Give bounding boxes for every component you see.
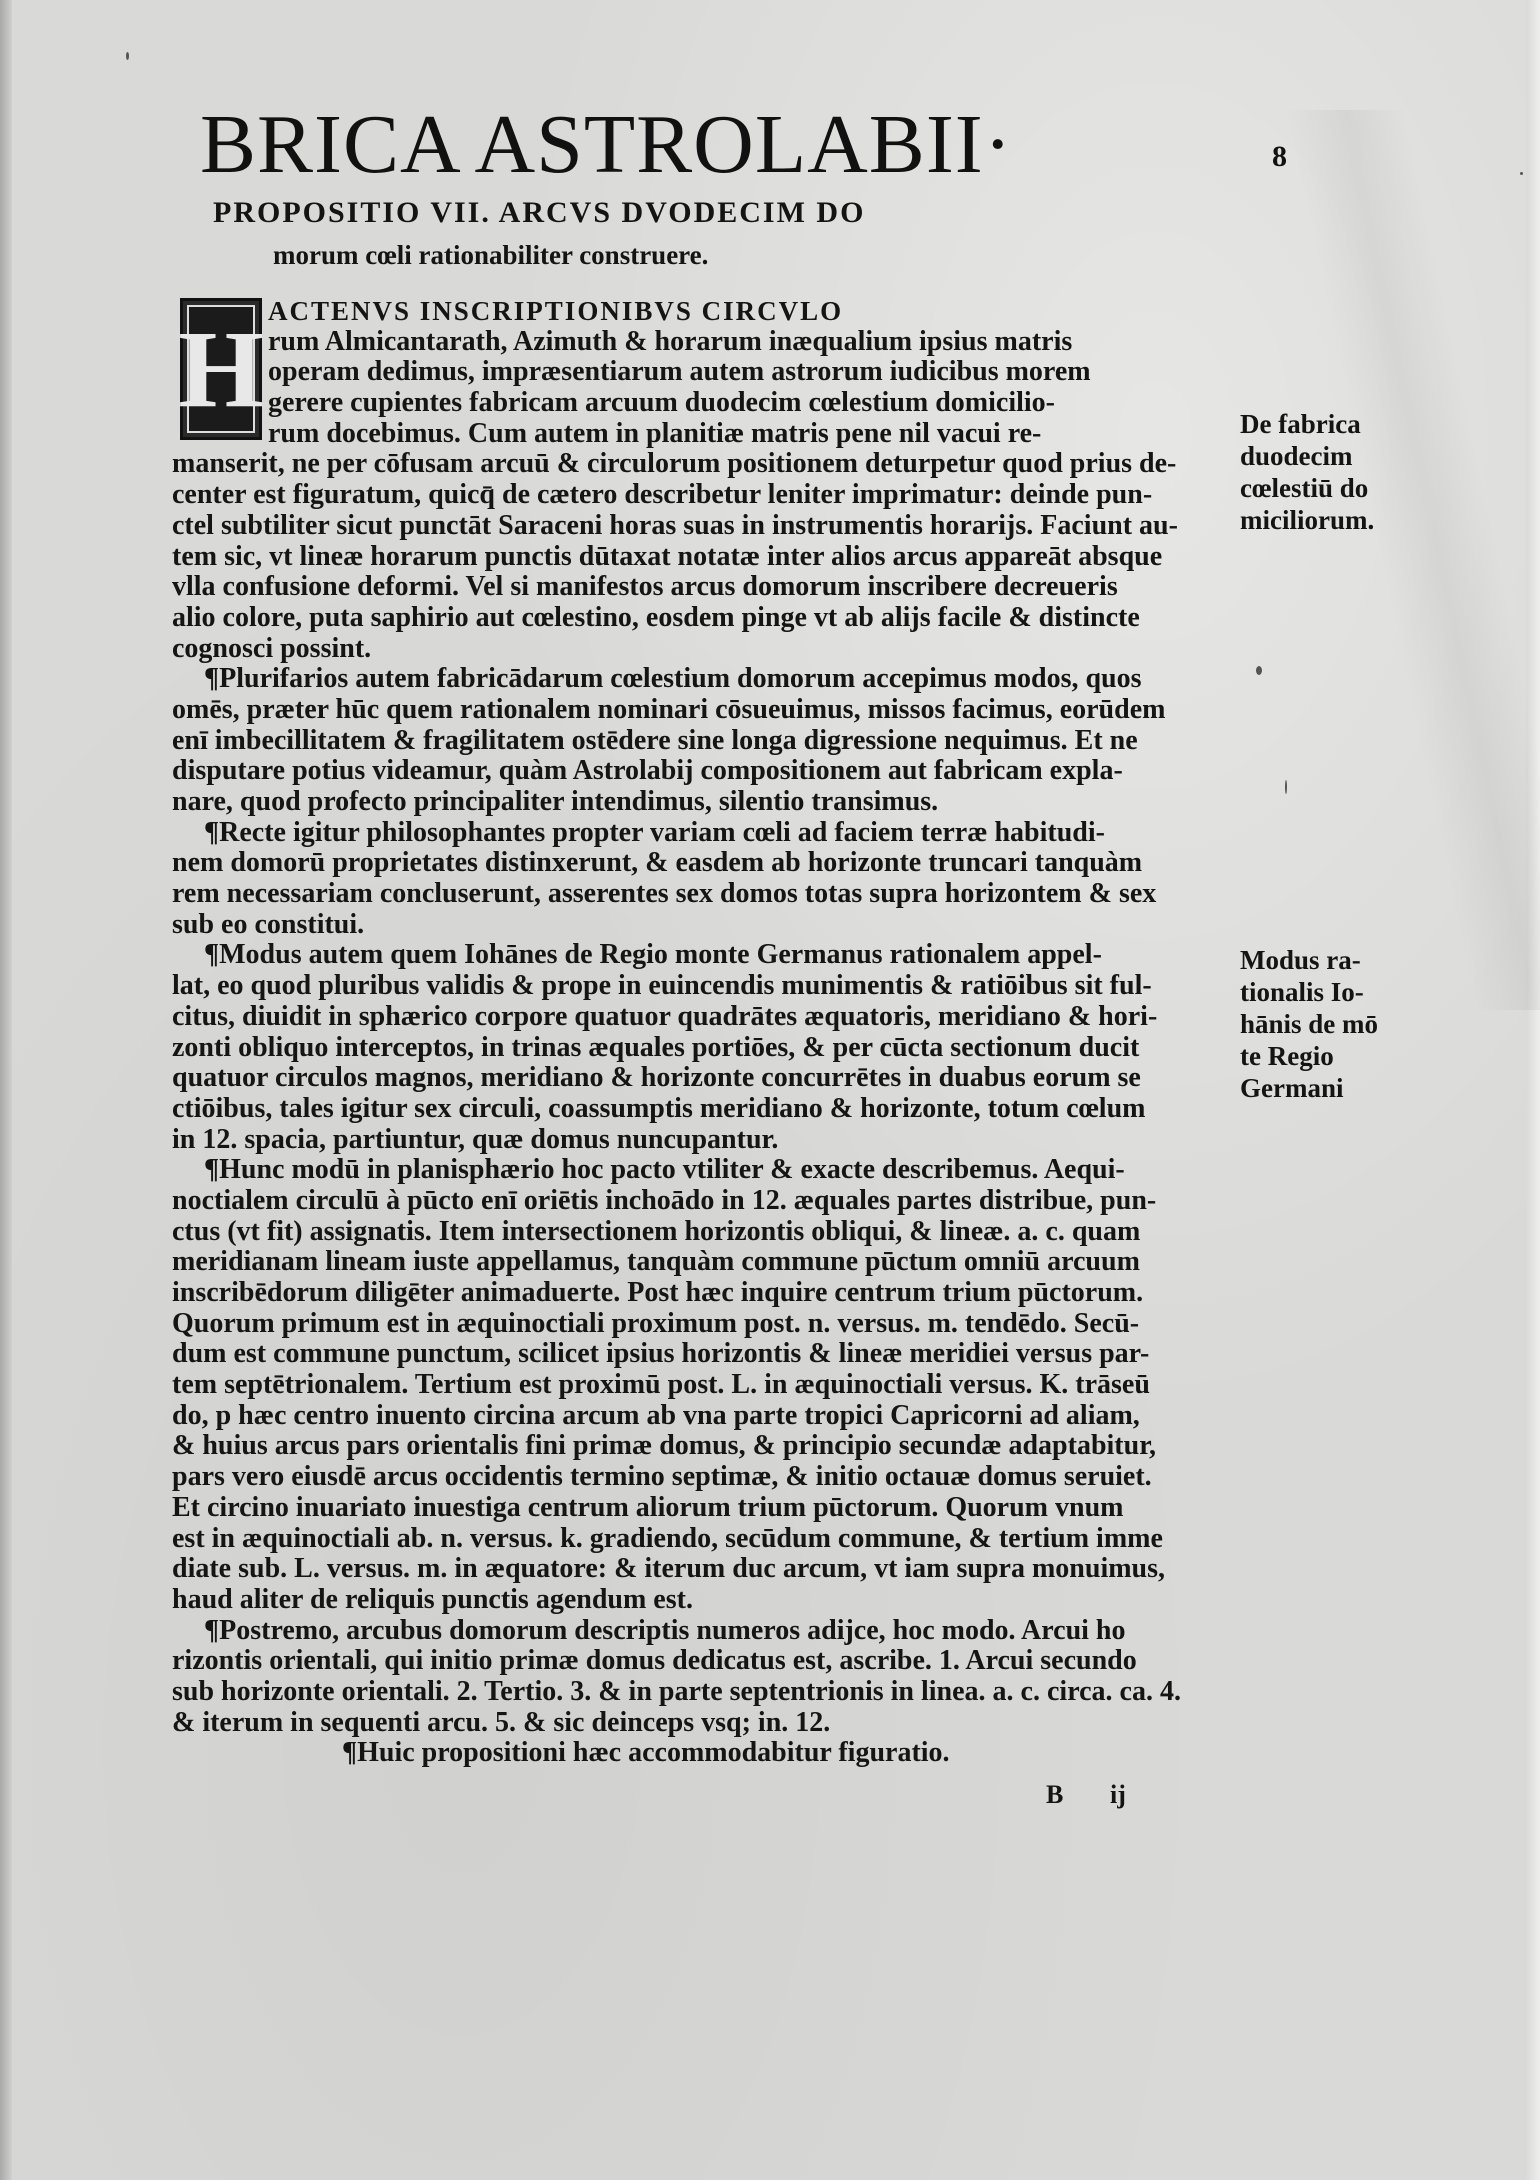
text-line: omēs, præter hūc quem rationalem nominar… [172, 695, 1224, 726]
text-line: do, p hæc centro inuento circina arcum a… [172, 1401, 1224, 1432]
text-line: disputare potius videamur, quàm Astrolab… [172, 756, 1224, 787]
text-line: sub eo constitui. [172, 910, 1224, 941]
text-line: rem necessariam concluserunt, asserentes… [172, 879, 1224, 910]
paper-speck [126, 52, 129, 60]
text-line: ¶Plurifarios autem fabricādarum cœlestiu… [172, 664, 1224, 695]
paragraph-7: ¶Huic propositioni hæc accommodabitur fi… [172, 1738, 1224, 1769]
signature-number: ij [1110, 1780, 1126, 1810]
paragraph-2: ¶Plurifarios autem fabricādarum cœlestiu… [172, 664, 1224, 817]
text-line: ¶Hunc modū in planisphærio hoc pacto vti… [172, 1155, 1224, 1186]
paper-speck [1285, 780, 1287, 794]
text-line: enī imbecillitatem & fragilitatem ostēde… [172, 726, 1224, 757]
marginal-line: tionalis Io- [1240, 976, 1410, 1008]
paragraph-5: ¶Hunc modū in planisphærio hoc pacto vti… [172, 1155, 1224, 1615]
text-line: ¶Huic propositioni hæc accommodabitur fi… [172, 1738, 1224, 1769]
text-line: & huius arcus pars orientalis fini primæ… [172, 1431, 1224, 1462]
text-line: dum est commune punctum, scilicet ipsius… [172, 1339, 1224, 1370]
text-line: rum Almicantarath, Azimuth & horarum inæ… [172, 327, 1224, 358]
text-line: in 12. spacia, partiuntur, quæ domus nun… [172, 1125, 1224, 1156]
text-line: tem sic, vt lineæ horarum punctis dūtaxa… [172, 542, 1224, 573]
paper-speck [1256, 666, 1262, 675]
proposition-heading: PROPOSITIO VII. ARCVS DVODECIM DO [213, 196, 865, 230]
text-line: ¶Modus autem quem Iohānes de Regio monte… [172, 940, 1224, 971]
marginal-line: miciliorum. [1240, 504, 1410, 536]
paragraph-1: ACTENVS INSCRIPTIONIBVS CIRCVLO rum Almi… [172, 296, 1224, 664]
text-line: rum docebimus. Cum autem in planitiæ mat… [172, 419, 1224, 450]
text-line: ¶Recte igitur philosophantes propter var… [172, 818, 1224, 849]
text-line: ACTENVS INSCRIPTIONIBVS CIRCVLO [172, 296, 1224, 327]
page-edge [1526, 0, 1540, 2180]
text-line: center est figuratum, quicq̄ de cætero d… [172, 480, 1224, 511]
text-line: inscribēdorum diligēter animaduerte. Pos… [172, 1278, 1224, 1309]
proposition-subheading: morum cœli rationabiliter construere. [273, 240, 708, 271]
water-stain [1284, 110, 1540, 1010]
text-line: pars vero eiusdē arcus occidentis termin… [172, 1462, 1224, 1493]
paper-speck [1520, 172, 1523, 175]
marginal-note-fabrica: De fabrica duodecim cœlestiū do micilior… [1240, 408, 1410, 536]
text-line: nem domorū proprietates distinxerunt, & … [172, 848, 1224, 879]
marginal-line: hānis de mō [1240, 1008, 1410, 1040]
marginal-line: te Regio [1240, 1040, 1410, 1072]
paragraph-6: ¶Postremo, arcubus domorum descriptis nu… [172, 1616, 1224, 1739]
text-line: haud aliter de reliquis punctis agendum … [172, 1585, 1224, 1616]
marginal-line: Germani [1240, 1072, 1410, 1104]
text-line: zonti obliquo interceptos, in trinas æqu… [172, 1033, 1224, 1064]
text-line: manserit, ne per cōfusam arcuū & circulo… [172, 449, 1224, 480]
text-line: gerere cupientes fabricam arcuum duodeci… [172, 388, 1224, 419]
text-line: Et circino inuariato inuestiga centrum a… [172, 1493, 1224, 1524]
marginal-line: duodecim [1240, 440, 1410, 472]
paragraph-3: ¶Recte igitur philosophantes propter var… [172, 818, 1224, 941]
text-line: meridianam lineam iuste appellamus, tanq… [172, 1247, 1224, 1278]
text-line: operam dedimus, impræsentiarum autem ast… [172, 357, 1224, 388]
running-title: BRICA ASTROLABII· [200, 100, 1013, 190]
folio-number: 8 [1272, 140, 1287, 174]
text-line: nare, quod profecto principaliter intend… [172, 787, 1224, 818]
scanned-page: BRICA ASTROLABII· 8 PROPOSITIO VII. ARCV… [0, 0, 1540, 2180]
text-line: lat, eo quod pluribus validis & prope in… [172, 971, 1224, 1002]
text-line: ctel subtiliter sicut punctāt Saraceni h… [172, 511, 1224, 542]
text-line: tem septētrionalem. Tertium est proximū … [172, 1370, 1224, 1401]
text-line: alio colore, puta saphirio aut cœlestino… [172, 603, 1224, 634]
text-line: quatuor circulos magnos, meridiano & hor… [172, 1063, 1224, 1094]
text-line: est in æquinoctiali ab. n. versus. k. gr… [172, 1524, 1224, 1555]
text-line: Quorum primum est in æquinoctiali proxim… [172, 1309, 1224, 1340]
text-line: ¶Postremo, arcubus domorum descriptis nu… [172, 1616, 1224, 1647]
text-line: rizontis orientali, qui initio primæ dom… [172, 1646, 1224, 1677]
marginal-line: De fabrica [1240, 408, 1410, 440]
text-line: ctus (vt fit) assignatis. Item intersect… [172, 1217, 1224, 1248]
marginal-note-modus: Modus ra- tionalis Io- hānis de mō te Re… [1240, 944, 1410, 1104]
text-line: ctiōibus, tales igitur sex circuli, coas… [172, 1094, 1224, 1125]
text-line: noctialem circulū à pūcto enī oriētis in… [172, 1186, 1224, 1217]
binding-gutter [0, 0, 12, 2180]
text-line: sub horizonte orientali. 2. Tertio. 3. &… [172, 1677, 1224, 1708]
signature-letter: B [1046, 1780, 1063, 1810]
marginal-line: Modus ra- [1240, 944, 1410, 976]
text-line: & iterum in sequenti arcu. 5. & sic dein… [172, 1708, 1224, 1739]
text-line: vlla confusione deformi. Vel si manifest… [172, 572, 1224, 603]
text-line: citus, diuidit in sphærico corpore quatu… [172, 1002, 1224, 1033]
text-line: cognosci possint. [172, 634, 1224, 665]
paragraph-4: ¶Modus autem quem Iohānes de Regio monte… [172, 940, 1224, 1155]
marginal-line: cœlestiū do [1240, 472, 1410, 504]
main-text-block: ACTENVS INSCRIPTIONIBVS CIRCVLO rum Almi… [172, 296, 1224, 1769]
text-line: diate sub. L. versus. m. in æquatore: & … [172, 1554, 1224, 1585]
